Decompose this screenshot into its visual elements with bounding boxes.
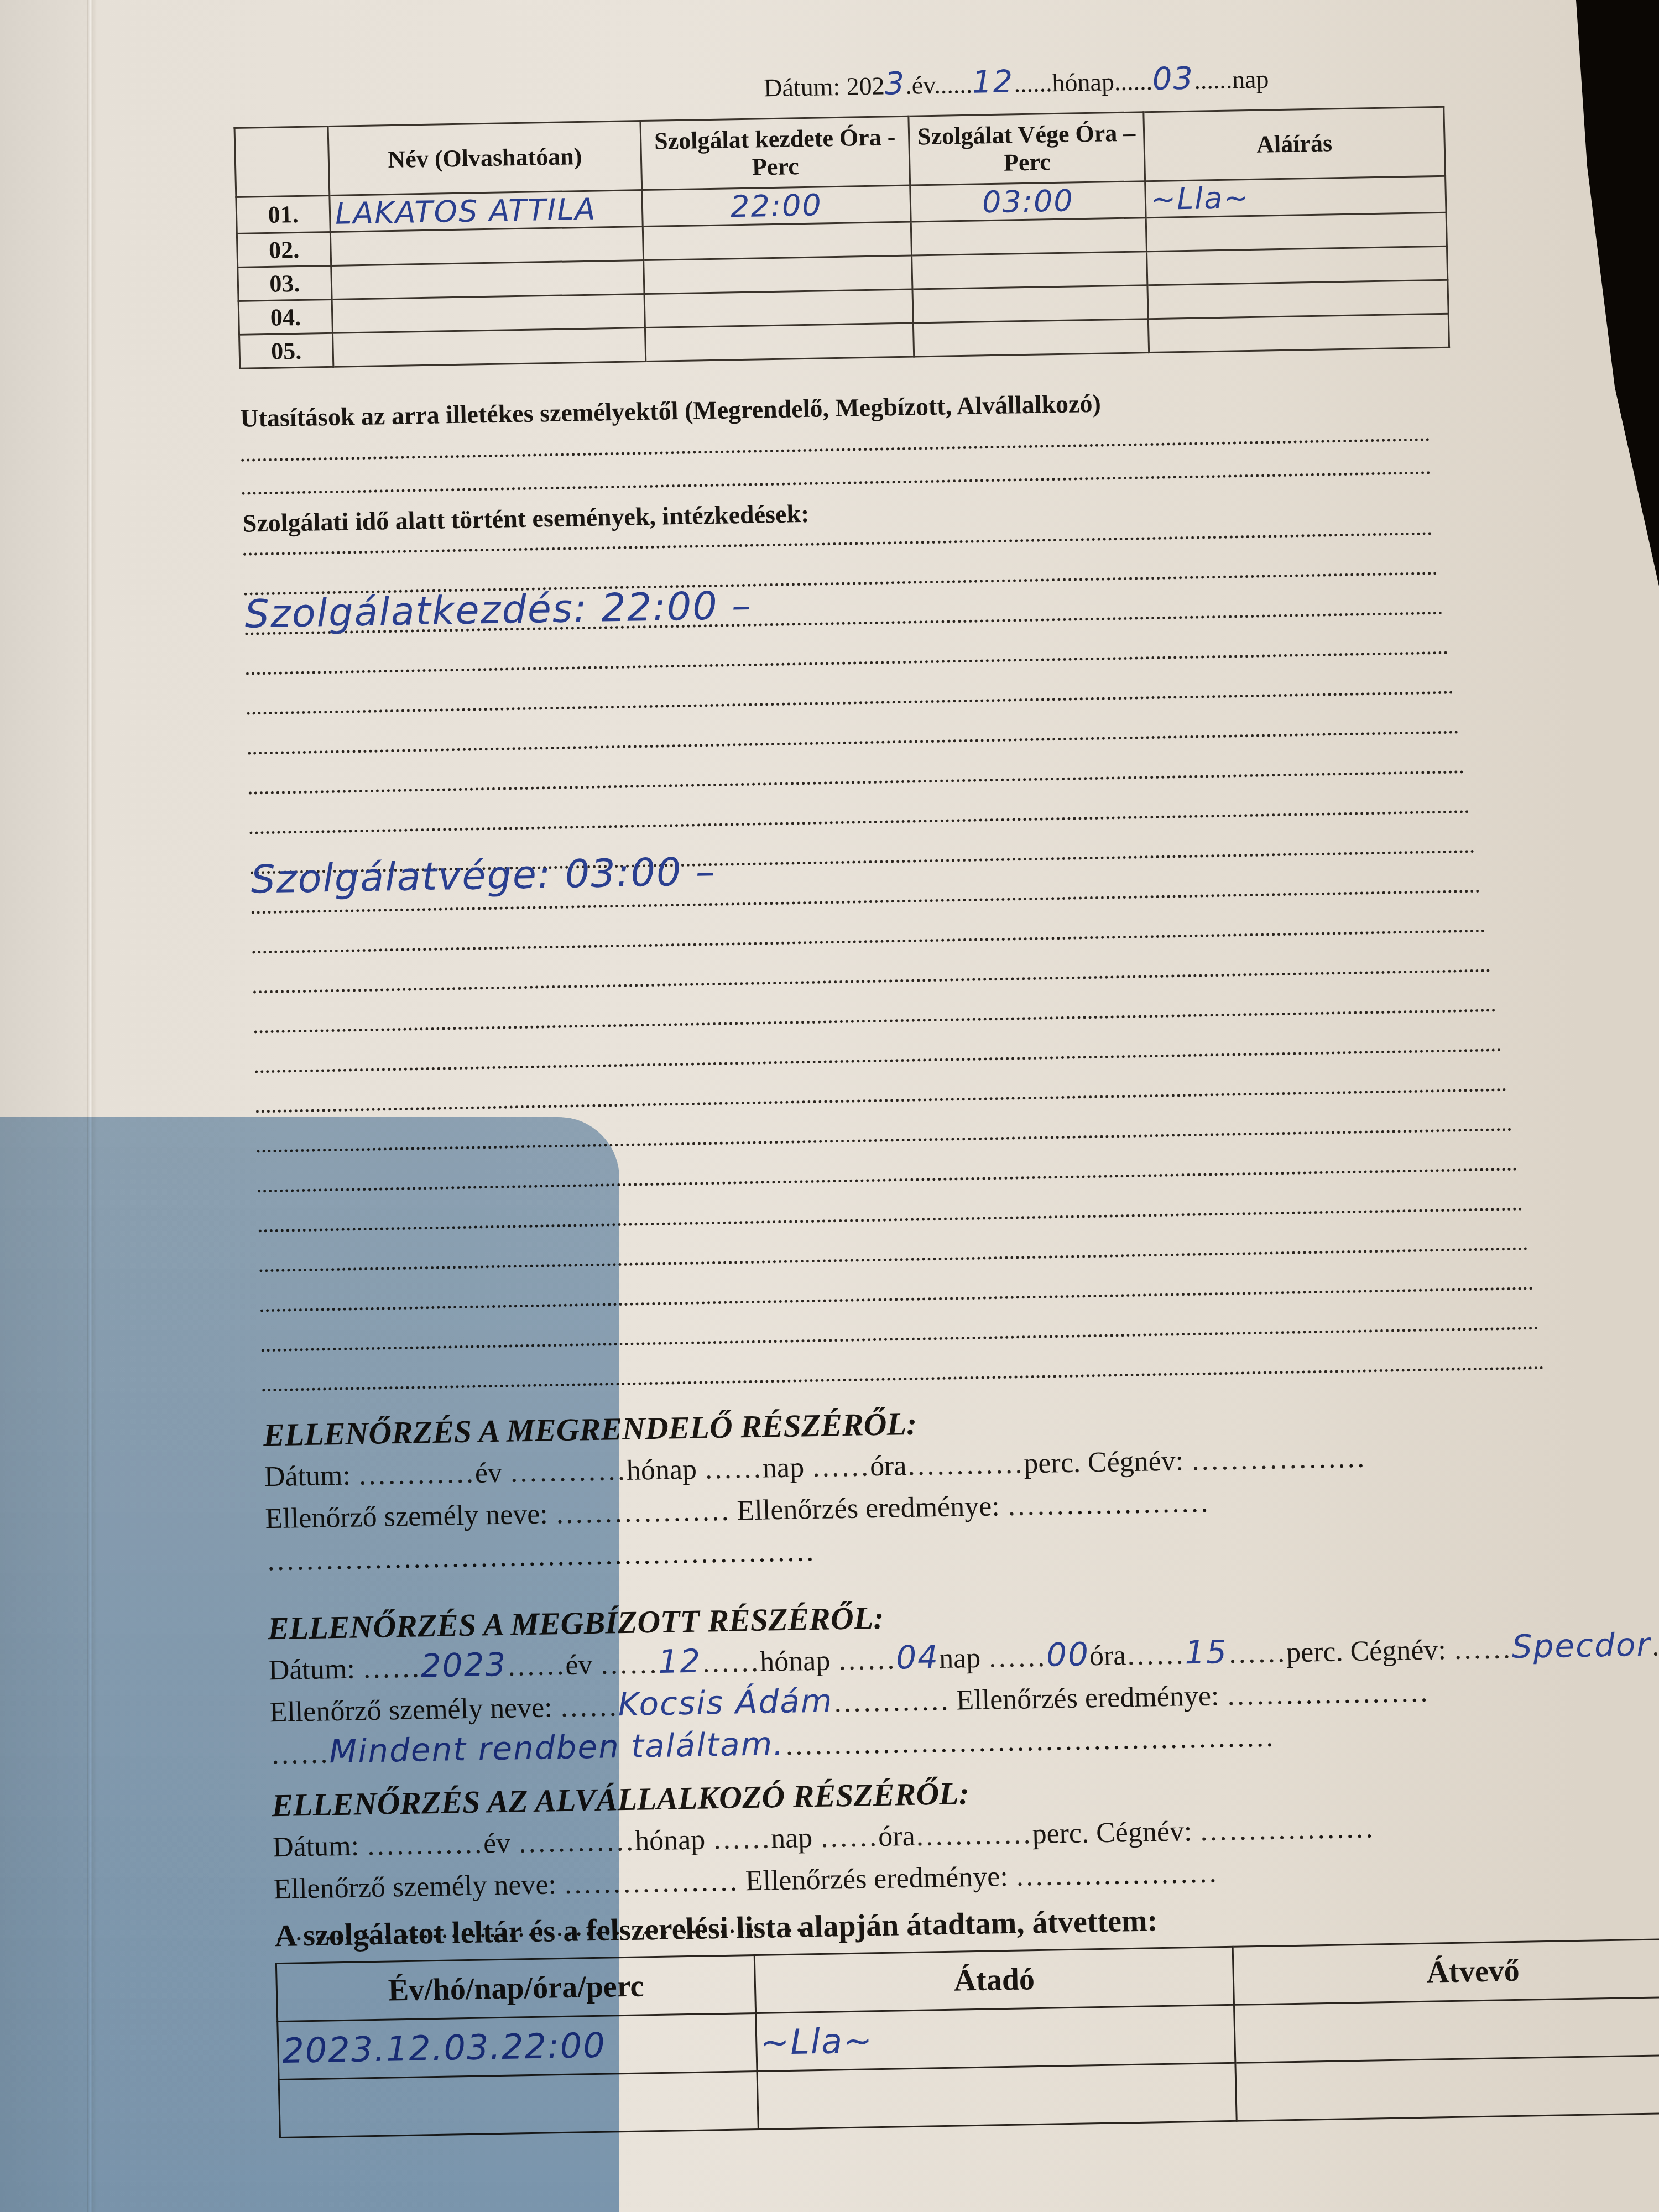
signature-cell[interactable]	[1148, 314, 1449, 352]
event-entry-end[interactable]: Szolgálatvége: 03:00 –	[250, 849, 716, 902]
hour-label: óra	[878, 1820, 916, 1853]
start-time-cell[interactable]	[644, 289, 913, 327]
instructions-title: Utasítások az arra illetékes személyektő…	[240, 389, 1101, 433]
result-label: Ellenőrzés eredménye:	[737, 1490, 1000, 1526]
col-name: Név (Olvashatóan)	[328, 121, 642, 196]
events-lines	[232, 43, 1548, 66]
signature-cell[interactable]	[1146, 212, 1447, 251]
event-line[interactable]	[246, 651, 1448, 675]
year-prefix: 202	[846, 71, 885, 100]
minute-label: perc.	[1286, 1636, 1343, 1668]
hour-label: óra	[1089, 1640, 1126, 1672]
end-time-cell[interactable]: 03:00	[910, 181, 1146, 222]
row-number: 02.	[237, 232, 331, 267]
date-label: Dátum:	[764, 72, 841, 102]
end-time-cell[interactable]	[913, 319, 1149, 357]
row-number: 05.	[239, 333, 333, 368]
start-time-cell[interactable]	[643, 222, 911, 260]
start-time-cell[interactable]	[644, 255, 912, 294]
event-line[interactable]	[243, 532, 1432, 556]
col-end: Szolgálat Vége Óra – Perc	[909, 112, 1145, 185]
name-cell[interactable]	[331, 260, 644, 300]
result-label: Ellenőrzés eredménye:	[956, 1680, 1219, 1716]
col-giver: Átadó	[754, 1947, 1234, 2013]
col-number	[234, 126, 330, 197]
company-label: Cégnév:	[1350, 1634, 1447, 1667]
phone-shadow	[0, 1117, 619, 2212]
event-entry-start[interactable]: Szolgálatkezdés: 22:00 –	[244, 583, 753, 637]
receiver-signature-cell[interactable]	[1235, 2054, 1659, 2121]
person-field[interactable]: Kocsis Ádám	[618, 1682, 833, 1723]
start-time-cell[interactable]: 22:00	[642, 185, 911, 226]
result-label: Ellenőrzés eredménye:	[745, 1861, 1008, 1897]
event-line[interactable]	[253, 969, 1491, 994]
giver-signature-cell[interactable]	[757, 2063, 1237, 2129]
month-value[interactable]: 12	[972, 64, 1014, 100]
col-receiver: Átvevő	[1233, 1938, 1659, 2005]
company-label: Cégnév:	[1095, 1815, 1192, 1849]
day-value[interactable]: 03	[1152, 61, 1194, 97]
name-cell[interactable]	[332, 294, 645, 333]
minute-label: perc.	[1024, 1447, 1081, 1480]
day-label: nap	[762, 1452, 804, 1484]
name-cell[interactable]	[332, 328, 645, 367]
signature-cell[interactable]	[1147, 280, 1448, 319]
company-field[interactable]: Specdor	[1511, 1626, 1651, 1666]
instructions-line[interactable]	[241, 438, 1430, 462]
end-time-cell[interactable]	[912, 252, 1147, 289]
event-line[interactable]	[255, 1048, 1501, 1073]
hour-label: óra	[869, 1450, 907, 1482]
row-number: 04.	[238, 299, 332, 335]
event-line[interactable]	[249, 770, 1464, 794]
year-handwritten[interactable]: 3	[884, 66, 906, 102]
minute-label: perc.	[1032, 1817, 1089, 1850]
month-field[interactable]: 12	[658, 1642, 702, 1681]
end-time-cell[interactable]	[912, 285, 1148, 323]
row-number: 03.	[238, 265, 332, 301]
signature-cell[interactable]: ~Lla~	[1145, 176, 1446, 217]
event-line[interactable]	[254, 1009, 1496, 1033]
hour-field[interactable]: 00	[1046, 1635, 1089, 1673]
year-label: .év	[905, 71, 935, 100]
event-line[interactable]	[249, 810, 1469, 834]
events-title: Szolgálati idő alatt történt események, …	[242, 499, 810, 538]
event-line[interactable]	[256, 1088, 1507, 1113]
col-signature: Aláírás	[1144, 107, 1446, 181]
form-date: Dátum: 2023.év......12......hónap......0…	[763, 59, 1269, 104]
day-field[interactable]: 04	[895, 1638, 939, 1676]
month-label: hónap	[626, 1454, 697, 1486]
day-label: nap	[1232, 65, 1269, 93]
inspection-sections: ELLENŐRZÉS A MEGRENDELŐ RÉSZÉRŐL:Dátum: …	[232, 43, 1548, 66]
day-label: nap	[770, 1822, 812, 1854]
event-line[interactable]	[247, 691, 1453, 715]
signature-cell[interactable]	[1147, 246, 1448, 285]
staff-roster-table: Név (Olvashatóan) Szolgálat kezdete Óra …	[233, 106, 1450, 369]
name-cell[interactable]	[330, 227, 643, 266]
day-label: nap	[938, 1642, 980, 1674]
month-label: hónap	[634, 1824, 705, 1857]
month-label: hónap	[760, 1645, 831, 1678]
event-line[interactable]	[252, 930, 1485, 954]
row-number: 01.	[236, 195, 330, 233]
minute-field[interactable]: 15	[1184, 1633, 1228, 1671]
company-label: Cégnév:	[1087, 1445, 1184, 1478]
name-cell[interactable]: LAKATOS ATTILA	[330, 190, 643, 232]
giver-signature-cell[interactable]: ~Lla~	[756, 2005, 1235, 2071]
col-start: Szolgálat kezdete Óra - Perc	[640, 116, 910, 190]
month-label: hónap	[1052, 67, 1115, 97]
start-time-cell[interactable]	[645, 323, 914, 361]
receiver-signature-cell[interactable]	[1234, 1996, 1659, 2063]
end-time-cell[interactable]	[911, 218, 1146, 255]
event-line[interactable]	[248, 731, 1459, 754]
instructions-line[interactable]	[242, 471, 1431, 495]
